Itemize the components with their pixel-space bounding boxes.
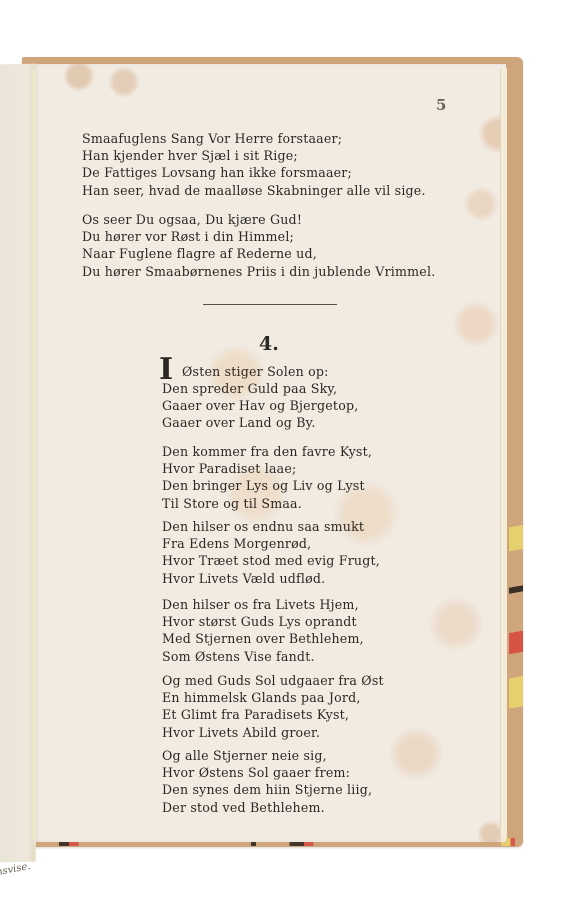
verse-line: Den hilser os endnu saa smukt	[162, 518, 380, 535]
verse-line: Hvor Paradiset laae;	[162, 460, 372, 477]
verse-line: Du hører vor Røst i din Himmel;	[82, 228, 435, 245]
verse-line: Den synes dem hiin Stjerne liig,	[162, 781, 372, 798]
verse-line: Naar Fuglene flagre af Rederne ud,	[82, 245, 435, 262]
stanza-4: Den hilser os fra Livets Hjem, Hvor stør…	[162, 596, 364, 665]
poem-number: 4.	[259, 333, 279, 355]
left-page-text-fragment: nsvise.	[0, 861, 31, 878]
verse-line: Den bringer Lys og Liv og Lyst	[162, 477, 372, 494]
first-line: Østen stiger Solen op:	[182, 363, 329, 380]
stanza-1: Den spreder Guld paa Sky, Gaaer over Hav…	[162, 380, 358, 432]
verse-line: Hvor Træet stod med evig Frugt,	[162, 552, 380, 569]
stanza-prev-1: Smaafuglens Sang Vor Herre forstaaer; Ha…	[82, 130, 426, 199]
verse-line: Os seer Du ogsaa, Du kjære Gud!	[82, 211, 435, 228]
verse-line: Til Store og til Smaa.	[162, 495, 372, 512]
stanza-2: Den kommer fra den favre Kyst, Hvor Para…	[162, 443, 372, 512]
verse-line: Og med Guds Sol udgaaer fra Øst	[162, 672, 384, 689]
verse-line: Hvor Livets Væld udflød.	[162, 570, 380, 587]
verse-line: Hvor Livets Abild groer.	[162, 724, 384, 741]
stanza-5: Og med Guds Sol udgaaer fra Øst En himme…	[162, 672, 384, 741]
verse-line: Han kjender hver Sjæl i sit Rige;	[82, 147, 426, 164]
verse-line: Gaaer over Hav og Bjergetop,	[162, 397, 358, 414]
page-number: 5	[436, 96, 446, 114]
verse-line: Som Østens Vise fandt.	[162, 648, 364, 665]
stanza-3: Den hilser os endnu saa smukt Fra Edens …	[162, 518, 380, 587]
verse-line: Et Glimt fra Paradisets Kyst,	[162, 706, 384, 723]
verse-line: Fra Edens Morgenrød,	[162, 535, 380, 552]
verse-line: En himmelsk Glands paa Jord,	[162, 689, 384, 706]
stanza-6: Og alle Stjerner neie sig, Hvor Østens S…	[162, 747, 372, 816]
stanza-prev-2: Os seer Du ogsaa, Du kjære Gud! Du hører…	[82, 211, 435, 280]
page-fore-edge	[500, 68, 507, 838]
section-divider	[203, 304, 337, 305]
verse-line: Der stod ved Bethlehem.	[162, 799, 372, 816]
verse-line: Du hører Smaabørnenes Priis i din jublen…	[82, 263, 435, 280]
verse-line: Han seer, hvad de maalløse Skabninger al…	[82, 182, 426, 199]
verse-line: Den hilser os fra Livets Hjem,	[162, 596, 364, 613]
verse-line: Østen stiger Solen op:	[182, 363, 329, 380]
verse-line: Og alle Stjerner neie sig,	[162, 747, 372, 764]
verse-line: Hvor Østens Sol gaaer frem:	[162, 764, 372, 781]
verse-line: Hvor størst Guds Lys oprandt	[162, 613, 364, 630]
verse-line: Smaafuglens Sang Vor Herre forstaaer;	[82, 130, 426, 147]
verse-line: Med Stjernen over Bethlehem,	[162, 630, 364, 647]
verse-line: Den kommer fra den favre Kyst,	[162, 443, 372, 460]
verse-line: Den spreder Guld paa Sky,	[162, 380, 358, 397]
verse-line: De Fattiges Lovsang han ikke forsmaaer;	[82, 164, 426, 181]
left-facing-page: nsvise.	[0, 64, 36, 863]
verse-line: Gaaer over Land og By.	[162, 414, 358, 431]
